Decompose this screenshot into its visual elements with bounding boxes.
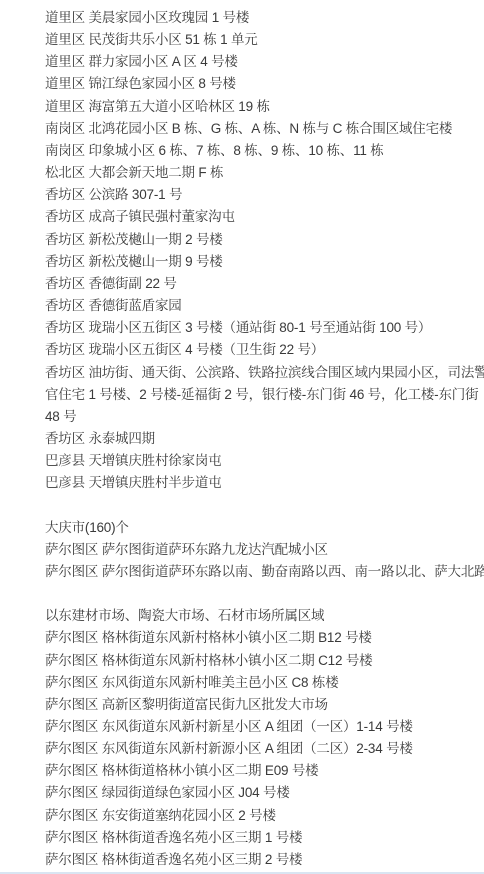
list-item: 道里区 美晨家园小区玫瑰园 1 号楼 (45, 7, 480, 29)
list-item: 道里区 群力家园小区 A 区 4 号楼 (45, 51, 480, 73)
list-item: 香坊区 成高子镇民强村董家沟屯 (45, 206, 480, 228)
list-item: 香坊区 新松茂樾山一期 9 号楼 (45, 251, 480, 273)
list-item: 萨尔图区 东风街道东风新村新源小区 A 组团（二区）2-34 号楼 (45, 738, 480, 760)
list-item: 香坊区 新松茂樾山一期 2 号楼 (45, 229, 480, 251)
list-item: 萨尔图区 高新区黎明街道富民街九区批发大市场 (45, 694, 480, 716)
list-item: 南岗区 北鸿花园小区 B 栋、G 栋、A 栋、N 栋与 C 栋合围区域住宅楼 (45, 118, 480, 140)
list-item: 香坊区 香德街副 22 号 (45, 273, 480, 295)
list-item: 香坊区 香德街蓝盾家园 (45, 295, 480, 317)
list-item: 南岗区 印象城小区 6 栋、7 栋、8 栋、9 栋、10 栋、11 栋 (45, 140, 480, 162)
list-item: 萨尔图区 萨尔图街道萨环东路九龙达汽配城小区 (45, 539, 480, 561)
list-item: 官住宅 1 号楼、2 号楼-延福街 2 号，银行楼-东门街 46 号，化工楼-东… (45, 384, 480, 406)
list-item: 以东建材市场、陶瓷大市场、石材市场所属区域 (45, 605, 480, 627)
blank-line (45, 583, 480, 605)
list-item: 香坊区 公滨路 307-1 号 (45, 184, 480, 206)
list-item: 香坊区 珑瑞小区五街区 3 号楼（通站街 80-1 号至通站街 100 号） (45, 317, 480, 339)
list-item: 萨尔图区 格林街道东风新村格林小镇小区二期 B12 号楼 (45, 627, 480, 649)
list-item: 萨尔图区 绿园街道绿色家园小区 J04 号楼 (45, 782, 480, 804)
list-item: 香坊区 永泰城四期 (45, 428, 480, 450)
blank-line (45, 494, 480, 516)
city-section-header: 大庆市(160)个 (45, 517, 480, 539)
list-item: 香坊区 珑瑞小区五街区 4 号楼（卫生街 22 号） (45, 339, 480, 361)
list-item: 松北区 大都会新天地二期 F 栋 (45, 162, 480, 184)
list-item: 道里区 锦江绿色家园小区 8 号楼 (45, 73, 480, 95)
list-item: 萨尔图区 格林街道香逸名苑小区三期 2 号楼 (45, 849, 480, 871)
risk-area-document: 道里区 美晨家园小区玫瑰园 1 号楼道里区 民茂街共乐小区 51 栋 1 单元道… (0, 0, 484, 874)
list-item: 萨尔图区 萨尔图街道萨环东路以南、勤奋南路以西、南一路以北、萨大北路 (45, 561, 480, 583)
list-item: 巴彦县 天增镇庆胜村徐家岗屯 (45, 450, 480, 472)
list-item: 萨尔图区 东风街道东风新村唯美主邑小区 C8 栋楼 (45, 672, 480, 694)
risk-area-list: 道里区 美晨家园小区玫瑰园 1 号楼道里区 民茂街共乐小区 51 栋 1 单元道… (45, 7, 480, 871)
list-item: 道里区 海富第五大道小区哈林区 19 栋 (45, 96, 480, 118)
list-item: 萨尔图区 格林街道格林小镇小区二期 E09 号楼 (45, 760, 480, 782)
list-item: 道里区 民茂街共乐小区 51 栋 1 单元 (45, 29, 480, 51)
list-item: 萨尔图区 格林街道香逸名苑小区三期 1 号楼 (45, 827, 480, 849)
list-item: 萨尔图区 东风街道东风新村新星小区 A 组团（一区）1-14 号楼 (45, 716, 480, 738)
list-item: 萨尔图区 格林街道东风新村格林小镇小区二期 C12 号楼 (45, 650, 480, 672)
list-item: 巴彦县 天增镇庆胜村半步道屯 (45, 472, 480, 494)
list-item: 萨尔图区 东安街道塞纳花园小区 2 号楼 (45, 805, 480, 827)
list-item: 48 号 (45, 406, 480, 428)
list-item: 香坊区 油坊街、通天街、公滨路、铁路拉滨线合围区域内果园小区，司法警 (45, 362, 480, 384)
